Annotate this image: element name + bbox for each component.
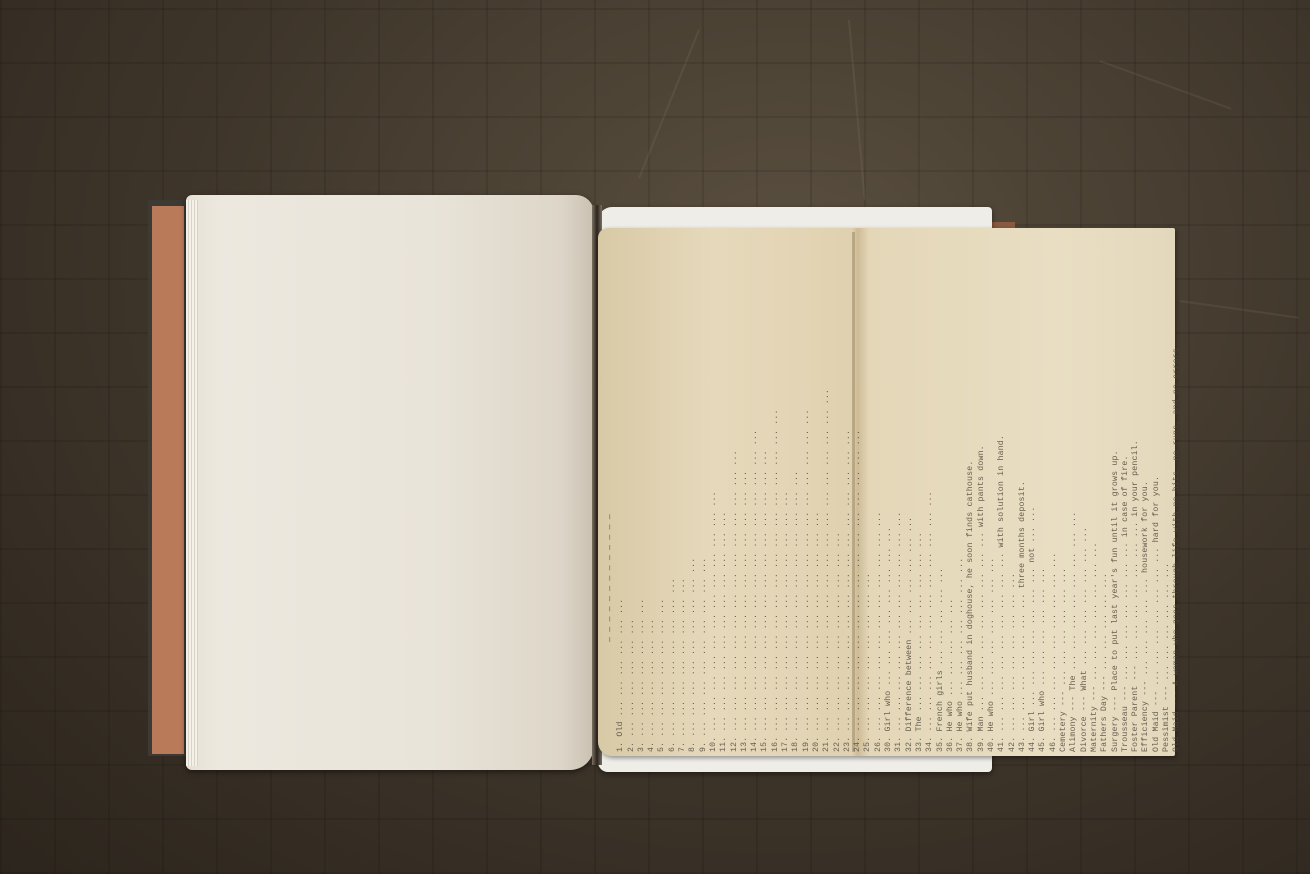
typed-line: 34. ... ... ... ... ... ... ... ... ... … xyxy=(925,252,935,752)
typed-line: 24. ... ... ... ... ... ... ... ... ... … xyxy=(853,252,863,752)
typed-line: 22. ... ... ... ... ... ... ... ... ... … xyxy=(833,252,843,752)
typed-line: 20. ... ... ... ... ... ... ... ... ... … xyxy=(812,252,822,752)
mat-scratch xyxy=(848,20,866,199)
typed-line: Maternity --- ... ... ... ... ... ... ..… xyxy=(1090,252,1100,752)
typed-line: 11. ... ... ... ... ... ... ... ... ... … xyxy=(719,252,729,752)
typed-line: 17. ... ... ... ... ... ... ... ... ... … xyxy=(781,252,791,752)
typed-line: 44. Girl ... ... ... ... ... ... ... not… xyxy=(1028,252,1038,752)
typed-line: 46. ... ... ... ... ... ... ... ... ... xyxy=(1049,252,1059,752)
typed-line: 6. ... ... ... ... ... ... ... ... xyxy=(668,252,678,752)
typed-line: Foster Parent --- ... ... ... ... ... ..… xyxy=(1131,252,1141,752)
mat-scratch xyxy=(1180,300,1299,319)
typed-line: 45. Girl who ... ... ... ... ... ... xyxy=(1038,252,1048,752)
typed-line: 39. Man ... ... ... ... ... ... ... ... … xyxy=(977,252,987,752)
typed-line: 9. ... ... ... ... ... ... ... ... ... xyxy=(699,252,709,752)
blank-left-page xyxy=(186,195,594,770)
typewritten-insert: — — — — — — — — — — — — — 1. Old ... ...… xyxy=(598,228,1175,756)
typed-line: 1. Old ... ... ... ... ... ... xyxy=(616,252,626,752)
mat-scratch xyxy=(638,29,700,178)
typed-line: Divorce --- What ... ... ... ... ... ...… xyxy=(1080,252,1090,752)
typed-line: 23. ... ... ... ... ... ... ... ... ... … xyxy=(843,252,853,752)
typed-line: 30. Girl who ... ... ... ... ... ... ...… xyxy=(884,252,894,752)
typed-line: Fathers Day --- ... ... ... ... ... xyxy=(1100,252,1110,752)
typed-line: 7. ... ... ... ... ... ... ... ... xyxy=(678,252,688,752)
typed-line: 42. ... ... ... ... ... ... ... ... xyxy=(1008,252,1018,752)
page-stack-edge xyxy=(186,200,198,766)
typed-line: 36. He who ... ... ... ... ... xyxy=(946,252,956,752)
typed-line: 38. Wife put husband in doghouse, he soo… xyxy=(966,252,976,752)
typed-line: 15. ... ... ... ... ... ... ... ... ... … xyxy=(760,252,770,752)
typed-line: 43. ... ... ... ... ... ... ... three mo… xyxy=(1018,252,1028,752)
typed-line: 35. French girls ... ... ... ... ... xyxy=(936,252,946,752)
typed-line: 2. ... ... ... ... ... ... xyxy=(627,252,637,752)
typed-line: 19. ... ... ... ... ... ... ... ... ... … xyxy=(802,252,812,752)
typed-line: 21. ... ... ... ... ... ... ... ... ... … xyxy=(822,252,832,752)
typed-line: Old Maid --- A woman who goes through li… xyxy=(1172,252,1182,752)
mat-scratch xyxy=(1099,60,1231,110)
typed-line: 8. ... ... ... ... ... ... ... ... ... xyxy=(688,252,698,752)
typed-line: 26. ... ... ... ... ... ... ... ... ... … xyxy=(874,252,884,752)
typed-line: 12. ... ... ... ... ... ... ... ... ... … xyxy=(730,252,740,752)
typed-line: 37. He who ... ... ... ... ... ... ... xyxy=(956,252,966,752)
typed-line: Efficiency --- ... ... ... ... ... house… xyxy=(1141,252,1151,752)
typed-line: Alimony --- The ... ... ... ... ... ... … xyxy=(1069,252,1079,752)
typed-line: Cemetery --- ... ... ... ... ... ... xyxy=(1059,252,1069,752)
typed-line: 16. ... ... ... ... ... ... ... ... ... … xyxy=(771,252,781,752)
typed-line: 13. ... ... ... ... ... ... ... ... ... … xyxy=(740,252,750,752)
typed-line: Surgery --- Place to put last year's fun… xyxy=(1111,252,1121,752)
typed-line: 41. ... ... ... ... ... ... ... ... ... … xyxy=(997,252,1007,752)
typed-line: 25. ... ... ... ... ... ... ... ... xyxy=(863,252,873,752)
typed-line: 5. ... ... ... ... ... ... ... xyxy=(657,252,667,752)
typed-line: Trousseau --- ... ... ... ... ... ... ..… xyxy=(1121,252,1131,752)
typed-line: 3. ... ... ... ... ... ... ... xyxy=(637,252,647,752)
typed-line: 18. ... ... ... ... ... ... ... ... ... … xyxy=(791,252,801,752)
typed-line: 40. He who ... ... ... ... ... ... ... xyxy=(987,252,997,752)
typed-line: 14. ... ... ... ... ... ... ... ... ... … xyxy=(750,252,760,752)
typed-line: Old Maid --- ... ... ... ... ... ... ...… xyxy=(1152,252,1162,752)
typed-line: 4. ... ... ... ... ... ... xyxy=(647,252,657,752)
typed-line: Pessimist --- ... ... ... ... ... ... xyxy=(1162,252,1172,752)
insert-title: — — — — — — — — — — — — — xyxy=(606,252,616,752)
rotated-typed-text: — — — — — — — — — — — — — 1. Old ... ...… xyxy=(606,252,1166,752)
typed-line: 10. ... ... ... ... ... ... ... ... ... … xyxy=(709,252,719,752)
typed-line: 32. Difference between ... ... ... ... .… xyxy=(905,252,915,752)
typed-line: 31. ... ... ... ... ... ... ... ... ... … xyxy=(894,252,904,752)
book-cover-endpaper xyxy=(152,206,184,754)
typed-line: 33. The ... ... ... ... ... ... ... ... … xyxy=(915,252,925,752)
